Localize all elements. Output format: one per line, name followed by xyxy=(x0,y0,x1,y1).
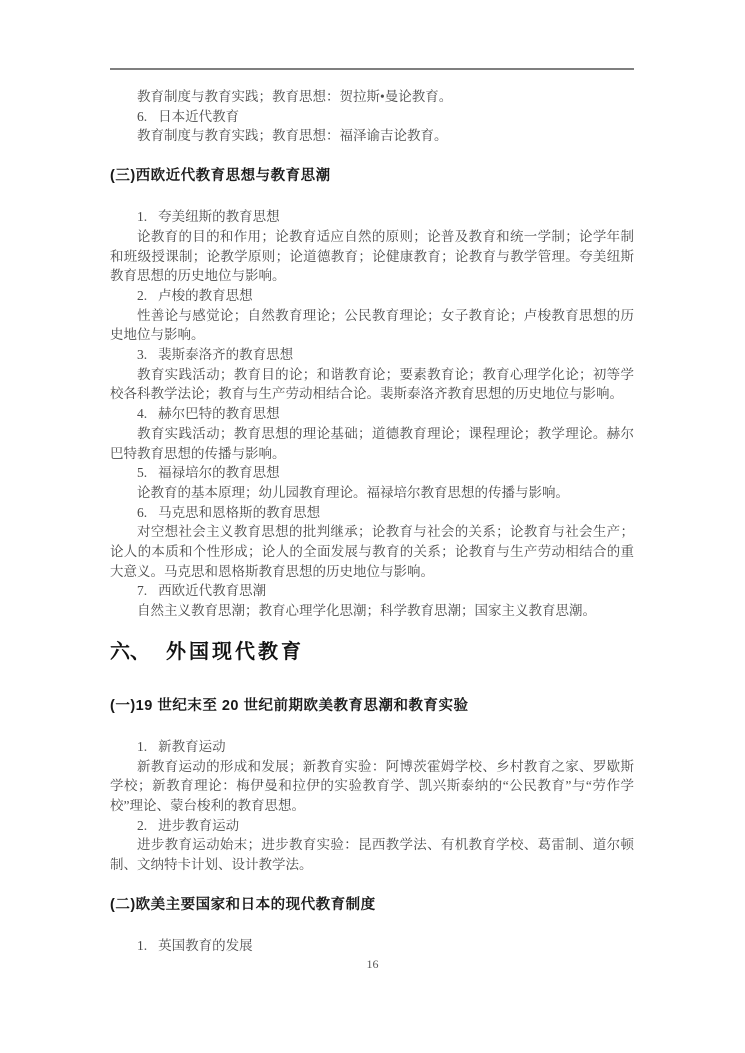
numbered-item: 4.赫尔巴特的教育思想 xyxy=(110,404,634,424)
heading-text: 外国现代教育 xyxy=(166,641,304,663)
document-page: 教育制度与教育实践；教育思想：贺拉斯•曼论教育。 6.日本近代教育 教育制度与教… xyxy=(0,0,745,1053)
chapter-heading: 六、外国现代教育 xyxy=(110,639,634,666)
section-heading: (二)欧美主要国家和日本的现代教育制度 xyxy=(110,895,634,916)
heading-text: 欧美主要国家和日本的现代教育制度 xyxy=(136,897,376,913)
paragraph: 性善论与感觉论；自然教育理论；公民教育理论；女子教育论；卢梭教育思想的历史地位与… xyxy=(110,306,634,345)
paragraph: 对空想社会主义教育思想的批判继承；论教育与社会的关系；论教育与社会生产；论人的本… xyxy=(110,522,634,581)
paragraph: 论教育的目的和作用；论教育适应自然的原则；论普及教育和统一学制；论学年制和班级授… xyxy=(110,227,634,286)
item-text: 日本近代教育 xyxy=(158,109,239,124)
item-text: 夸美纽斯的教育思想 xyxy=(158,209,280,224)
heading-text: 西欧近代教育思想与教育思潮 xyxy=(136,168,331,184)
numbered-item: 2.进步教育运动 xyxy=(110,816,634,836)
item-text: 卢梭的教育思想 xyxy=(158,288,253,303)
item-text: 新教育运动 xyxy=(158,739,226,754)
numbered-item: 2.卢梭的教育思想 xyxy=(110,286,634,306)
item-text: 英国教育的发展 xyxy=(158,938,253,953)
item-number: 1. xyxy=(137,936,147,956)
heading-number: (三) xyxy=(110,168,136,184)
item-number: 6. xyxy=(137,503,147,523)
item-number: 1. xyxy=(137,207,147,227)
header-divider xyxy=(110,68,634,70)
item-number: 7. xyxy=(137,581,147,601)
numbered-item: 1.夸美纽斯的教育思想 xyxy=(110,207,634,227)
paragraph: 自然主义教育思潮；教育心理学化思潮；科学教育思潮；国家主义教育思潮。 xyxy=(110,601,634,621)
numbered-item: 1.新教育运动 xyxy=(110,737,634,757)
numbered-item: 6.日本近代教育 xyxy=(110,107,634,127)
item-text: 福禄培尔的教育思想 xyxy=(158,465,280,480)
heading-number: 六、 xyxy=(110,641,150,663)
item-number: 2. xyxy=(137,286,147,306)
item-number: 1. xyxy=(137,737,147,757)
numbered-item: 6.马克思和恩格斯的教育思想 xyxy=(110,503,634,523)
heading-number: (一) xyxy=(110,698,136,714)
item-number: 5. xyxy=(137,463,147,483)
section-heading: (三)西欧近代教育思想与教育思潮 xyxy=(110,166,634,187)
paragraph: 教育实践活动；教育目的论；和谐教育论；要素教育论；教育心理学化论；初等学校各科教… xyxy=(110,365,634,404)
page-number: 16 xyxy=(0,957,745,972)
document-body: 教育制度与教育实践；教育思想：贺拉斯•曼论教育。 6.日本近代教育 教育制度与教… xyxy=(110,87,634,956)
paragraph: 进步教育运动始末；进步教育实验：昆西教学法、有机教育学校、葛雷制、道尔顿制、文纳… xyxy=(110,835,634,874)
item-text: 马克思和恩格斯的教育思想 xyxy=(158,505,320,520)
paragraph: 论教育的基本原理；幼儿园教育理论。福禄培尔教育思想的传播与影响。 xyxy=(110,483,634,503)
numbered-item: 7.西欧近代教育思潮 xyxy=(110,581,634,601)
numbered-item: 5.福禄培尔的教育思想 xyxy=(110,463,634,483)
item-number: 3. xyxy=(137,345,147,365)
paragraph: 教育制度与教育实践；教育思想：福泽谕吉论教育。 xyxy=(110,126,634,146)
paragraph: 教育实践活动；教育思想的理论基础；道德教育理论；课程理论；教学理论。赫尔巴特教育… xyxy=(110,424,634,463)
paragraph: 新教育运动的形成和发展；新教育实验：阿博茨霍姆学校、乡村教育之家、罗歇斯学校；新… xyxy=(110,757,634,816)
item-text: 西欧近代教育思潮 xyxy=(158,583,266,598)
paragraph: 教育制度与教育实践；教育思想：贺拉斯•曼论教育。 xyxy=(110,87,634,107)
numbered-item: 1.英国教育的发展 xyxy=(110,936,634,956)
numbered-item: 3.裴斯泰洛齐的教育思想 xyxy=(110,345,634,365)
heading-number: (二) xyxy=(110,897,136,913)
item-number: 4. xyxy=(137,404,147,424)
section-heading: (一)19 世纪末至 20 世纪前期欧美教育思潮和教育实验 xyxy=(110,696,634,717)
item-number: 2. xyxy=(137,816,147,836)
item-text: 裴斯泰洛齐的教育思想 xyxy=(158,347,293,362)
item-text: 赫尔巴特的教育思想 xyxy=(158,406,280,421)
item-number: 6. xyxy=(137,107,147,127)
item-text: 进步教育运动 xyxy=(158,818,239,833)
heading-text: 19 世纪末至 20 世纪前期欧美教育思潮和教育实验 xyxy=(136,698,469,714)
